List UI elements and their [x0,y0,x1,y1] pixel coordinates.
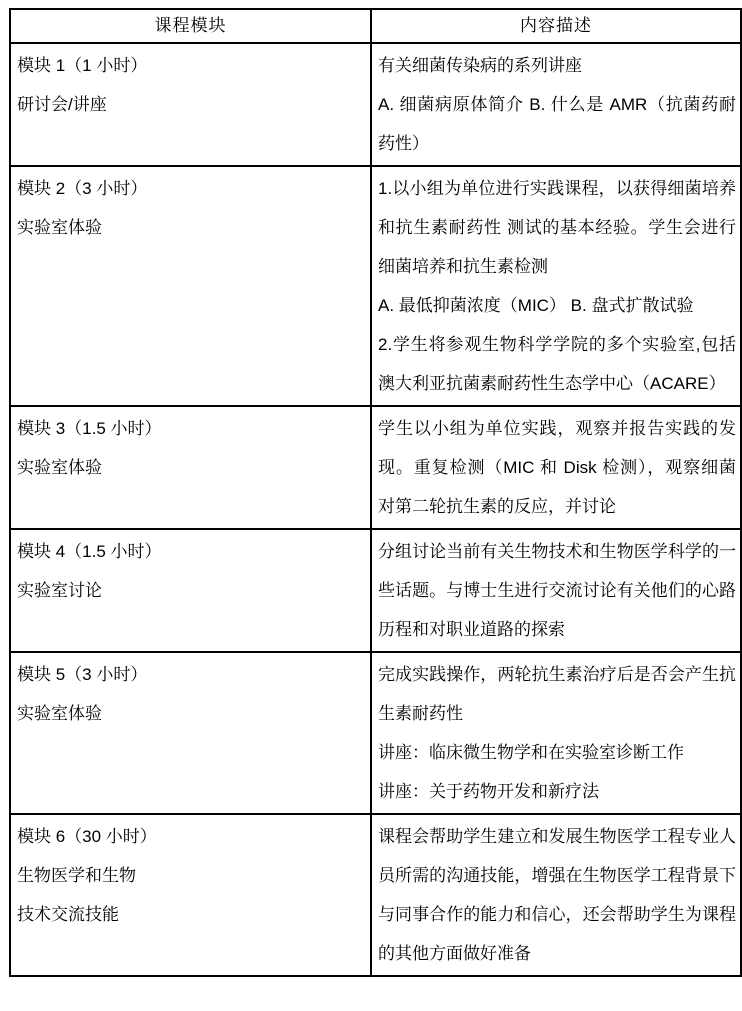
module-cell: 模块 3（1.5 小时）实验室体验 [10,406,371,529]
description-cell: 分组讨论当前有关生物技术和生物医学科学的一些话题。与博士生进行交流讨论有关他们的… [371,529,741,652]
module-line: 模块 2（3 小时） [17,169,366,208]
module-line: 生物医学和生物 [17,856,366,895]
table-row: 模块 1（1 小时）研讨会/讲座 有关细菌传染病的系列讲座A. 细菌病原体简介 … [10,43,741,166]
description-cell: 完成实践操作，两轮抗生素治疗后是否会产生抗生素耐药性讲座：临床微生物学和在实验室… [371,652,741,814]
description-cell: 有关细菌传染病的系列讲座A. 细菌病原体简介 B. 什么是 AMR（抗菌药耐药性… [371,43,741,166]
module-line: 实验室讨论 [17,571,366,610]
header-cell-content-description: 内容描述 [371,9,741,43]
module-line: 实验室体验 [17,448,366,487]
description-cell: 学生以小组为单位实践，观察并报告实践的发现。重复检测（MIC 和 Disk 检测… [371,406,741,529]
description-cell: 课程会帮助学生建立和发展生物医学工程专业人员所需的沟通技能，增强在生物医学工程背… [371,814,741,976]
module-cell: 模块 4（1.5 小时）实验室讨论 [10,529,371,652]
description-paragraph: A. 细菌病原体简介 B. 什么是 AMR（抗菌药耐药性） [378,85,736,163]
module-line: 模块 3（1.5 小时） [17,409,366,448]
table-row: 模块 5（3 小时）实验室体验 完成实践操作，两轮抗生素治疗后是否会产生抗生素耐… [10,652,741,814]
document-page: 课程模块 内容描述 模块 1（1 小时）研讨会/讲座 有关细菌传染病的系列讲座A… [0,0,742,1011]
module-cell: 模块 5（3 小时）实验室体验 [10,652,371,814]
header-row: 课程模块 内容描述 [10,9,741,43]
header-cell-course-module: 课程模块 [10,9,371,43]
module-line: 实验室体验 [17,208,366,247]
description-paragraph: 有关细菌传染病的系列讲座 [378,46,736,85]
description-paragraph: 学生以小组为单位实践，观察并报告实践的发现。重复检测（MIC 和 Disk 检测… [378,409,736,526]
description-paragraph: 课程会帮助学生建立和发展生物医学工程专业人员所需的沟通技能，增强在生物医学工程背… [378,817,736,973]
module-line: 模块 5（3 小时） [17,655,366,694]
description-paragraph: 讲座：关于药物开发和新疗法 [378,772,736,811]
table-row: 模块 2（3 小时）实验室体验 1.以小组为单位进行实践课程，以获得细菌培养和抗… [10,166,741,406]
description-paragraph: A. 最低抑菌浓度（MIC） B. 盘式扩散试验 [378,286,736,325]
table-row: 模块 6（30 小时）生物医学和生物技术交流技能 课程会帮助学生建立和发展生物医… [10,814,741,976]
description-cell: 1.以小组为单位进行实践课程，以获得细菌培养和抗生素耐药性 测试的基本经验。学生… [371,166,741,406]
module-line: 实验室体验 [17,694,366,733]
table-row: 模块 3（1.5 小时）实验室体验 学生以小组为单位实践，观察并报告实践的发现。… [10,406,741,529]
description-paragraph: 完成实践操作，两轮抗生素治疗后是否会产生抗生素耐药性 [378,655,736,733]
description-paragraph: 1.以小组为单位进行实践课程，以获得细菌培养和抗生素耐药性 测试的基本经验。学生… [378,169,736,286]
module-line: 模块 1（1 小时） [17,46,366,85]
module-line: 模块 6（30 小时） [17,817,366,856]
description-paragraph: 分组讨论当前有关生物技术和生物医学科学的一些话题。与博士生进行交流讨论有关他们的… [378,532,736,649]
module-line: 模块 4（1.5 小时） [17,532,366,571]
module-cell: 模块 1（1 小时）研讨会/讲座 [10,43,371,166]
module-cell: 模块 6（30 小时）生物医学和生物技术交流技能 [10,814,371,976]
module-line: 技术交流技能 [17,895,366,934]
description-paragraph: 讲座：临床微生物学和在实验室诊断工作 [378,733,736,772]
table-row: 模块 4（1.5 小时）实验室讨论 分组讨论当前有关生物技术和生物医学科学的一些… [10,529,741,652]
module-line: 研讨会/讲座 [17,85,366,124]
course-module-table: 课程模块 内容描述 模块 1（1 小时）研讨会/讲座 有关细菌传染病的系列讲座A… [9,8,742,977]
table-body: 模块 1（1 小时）研讨会/讲座 有关细菌传染病的系列讲座A. 细菌病原体简介 … [10,43,741,976]
description-paragraph: 2.学生将参观生物科学学院的多个实验室,包括澳大利亚抗菌素耐药性生态学中心（AC… [378,325,736,403]
module-cell: 模块 2（3 小时）实验室体验 [10,166,371,406]
